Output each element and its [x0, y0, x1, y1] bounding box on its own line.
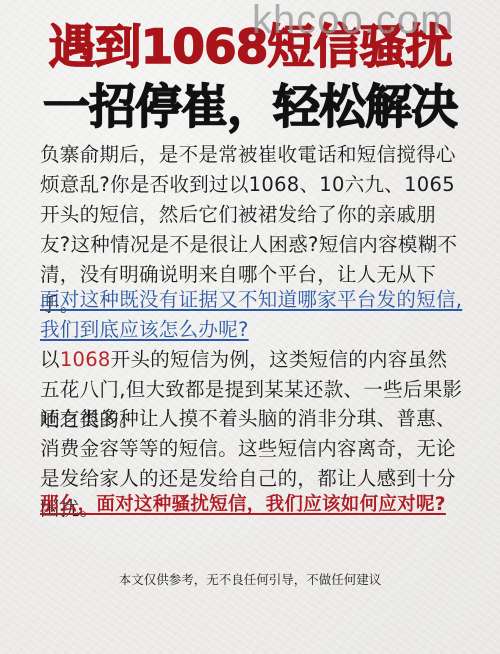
example-prefix: 以 [40, 348, 60, 371]
disclaimer-text: 本文仅供参考，无不良任何引导，不做任何建议 [0, 571, 500, 589]
headline-subtitle: 一招停崔，轻松解决 [0, 80, 500, 136]
article-page: 遇到1068短信骚扰 一招停崔，轻松解决 khcoo.com 负寨俞期后，是不是… [0, 0, 500, 654]
highlight-number: 1068 [60, 348, 111, 371]
watermark-text: khcoo.com [252, 0, 454, 42]
question-link-blue[interactable]: 面对这种既没有证据又不知道哪家平台发的短信,我们到底应该怎么办呢? [40, 285, 465, 345]
question-link-red[interactable]: 那么，面对这种骚扰短信，我们应该如何应对呢? [40, 490, 465, 520]
